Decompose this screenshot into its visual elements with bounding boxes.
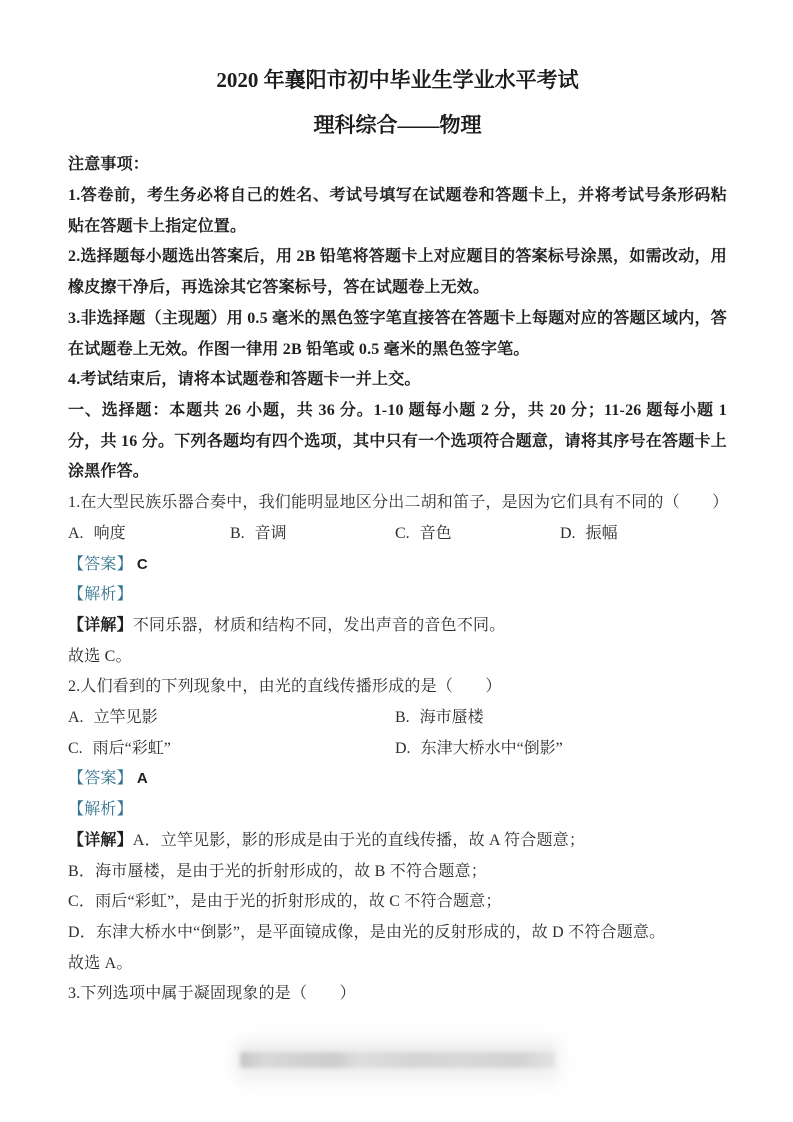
question-2-option-c: C.雨后“彩虹” [68, 734, 395, 765]
question-2-option-d: D.东津大桥水中“倒影” [395, 734, 727, 765]
option-letter: C. [68, 734, 83, 765]
question-1-options: A.响度 B.音调 C.音色 D.振幅 [68, 519, 727, 550]
question-1-option-d: D.振幅 [560, 519, 727, 550]
question-3: 3.下列选项中属于凝固现象的是（ ） [68, 979, 727, 1010]
question-1-detail-line: 【详解】不同乐器，材质和结构不同，发出声音的音色不同。 [68, 611, 727, 642]
notice-heading: 注意事项： [68, 150, 727, 181]
question-2: 2.人们看到的下列现象中，由光的直线传播形成的是（ ） A.立竿见影 B.海市蜃… [68, 672, 727, 979]
question-1-answer-line: 【答案】C [68, 550, 727, 581]
question-2-answer-line: 【答案】A [68, 764, 727, 795]
option-letter: B. [395, 703, 410, 734]
question-1-stem: 1.在大型民族乐器合奏中，我们能明显地区分出二胡和笛子，是因为它们具有不同的（ … [68, 488, 727, 519]
question-2-stem: 2.人们看到的下列现象中，由光的直线传播形成的是（ ） [68, 672, 727, 703]
option-text: 东津大桥水中“倒影” [421, 740, 563, 757]
notice-item-4: 4.考试结束后，请将本试题卷和答题卡一并上交。 [68, 365, 727, 396]
section-heading: 一、选择题：本题共 26 小题，共 36 分。1-10 题每小题 2 分，共 2… [68, 396, 727, 488]
detail-tag: 【详解】 [68, 617, 133, 634]
question-2-detail-line-b: B．海市蜃楼，是由于光的折射形成的，故 B 不符合题意； [68, 857, 727, 888]
question-1-option-b: B.音调 [230, 519, 395, 550]
exam-document-page: 2020 年襄阳市初中毕业生学业水平考试 理科综合——物理 注意事项： 1.答卷… [0, 0, 793, 1122]
document-title: 2020 年襄阳市初中毕业生学业水平考试 [68, 68, 727, 93]
question-1: 1.在大型民族乐器合奏中，我们能明显地区分出二胡和笛子，是因为它们具有不同的（ … [68, 488, 727, 672]
question-2-detail-line-d: D．东津大桥水中“倒影”，是平面镜成像，是由光的反射形成的，故 D 不符合题意。 [68, 918, 727, 949]
question-1-conclusion: 故选 C。 [68, 642, 727, 673]
question-3-stem: 3.下列选项中属于凝固现象的是（ ） [68, 979, 727, 1010]
question-2-detail-line-c: C．雨后“彩虹”，是由于光的折射形成的，故 C 不符合题意； [68, 887, 727, 918]
option-letter: D. [395, 734, 411, 765]
question-2-conclusion: 故选 A。 [68, 949, 727, 980]
analysis-tag: 【解析】 [68, 801, 133, 818]
option-text: 音色 [420, 525, 452, 542]
option-letter: D. [560, 519, 576, 550]
option-text: 响度 [94, 525, 126, 542]
option-letter: A. [68, 519, 84, 550]
option-letter: B. [230, 519, 245, 550]
detail-tag: 【详解】 [68, 832, 133, 849]
question-2-analysis-line: 【解析】 [68, 795, 727, 826]
document-subtitle: 理科综合——物理 [68, 113, 727, 138]
question-2-options: A.立竿见影 B.海市蜃楼 C.雨后“彩虹” D.东津大桥水中“倒影” [68, 703, 727, 764]
option-text: 雨后“彩虹” [93, 740, 171, 757]
answer-value: A [137, 770, 148, 787]
option-text: 振幅 [586, 525, 618, 542]
option-letter: A. [68, 703, 84, 734]
detail-text: A．立竿见影，影的形成是由于光的直线传播，故 A 符合题意； [133, 832, 585, 849]
blurred-watermark [240, 1052, 555, 1068]
question-2-option-b: B.海市蜃楼 [395, 703, 727, 734]
option-text: 立竿见影 [94, 709, 158, 726]
answer-tag: 【答案】 [68, 770, 133, 787]
notice-item-3: 3.非选择题（主现题）用 0.5 毫米的黑色签字笔直接答在答题卡上每题对应的答题… [68, 304, 727, 365]
notice-item-1: 1.答卷前，考生务必将自己的姓名、考试号填写在试题卷和答题卡上，并将考试号条形码… [68, 181, 727, 242]
notice-item-2: 2.选择题每小题选出答案后，用 2B 铅笔将答题卡上对应题目的答案标号涂黑，如需… [68, 242, 727, 303]
option-text: 音调 [255, 525, 287, 542]
option-letter: C. [395, 519, 410, 550]
answer-tag: 【答案】 [68, 556, 133, 573]
question-1-option-a: A.响度 [68, 519, 230, 550]
question-1-option-c: C.音色 [395, 519, 560, 550]
option-text: 海市蜃楼 [420, 709, 484, 726]
analysis-tag: 【解析】 [68, 586, 133, 603]
question-2-option-a: A.立竿见影 [68, 703, 395, 734]
detail-text: 不同乐器，材质和结构不同，发出声音的音色不同。 [133, 617, 506, 634]
question-2-detail-line-a: 【详解】A．立竿见影，影的形成是由于光的直线传播，故 A 符合题意； [68, 826, 727, 857]
answer-value: C [137, 556, 148, 573]
question-1-analysis-line: 【解析】 [68, 580, 727, 611]
